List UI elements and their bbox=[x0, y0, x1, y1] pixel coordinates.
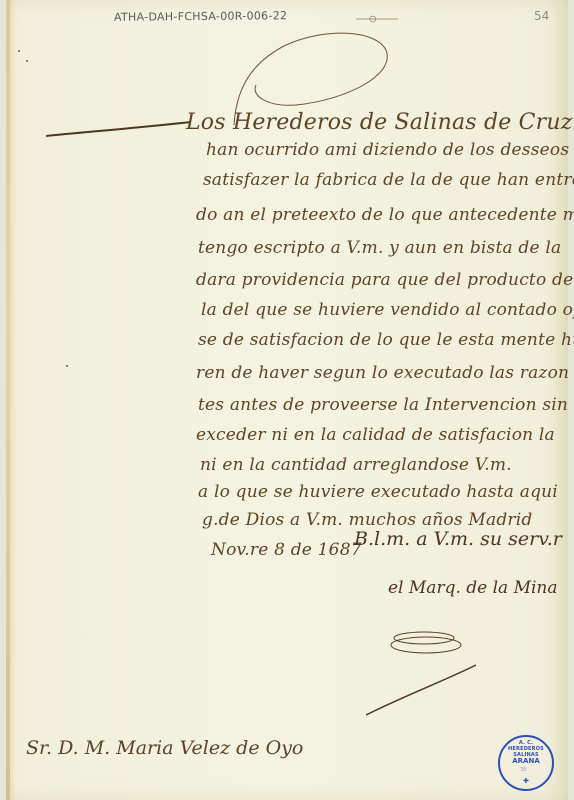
body-line: la del que se huviere vendido al contado… bbox=[201, 300, 574, 320]
paper-speck bbox=[26, 60, 28, 62]
body-line: se de satisfacion de lo que le esta ment… bbox=[198, 330, 574, 350]
paper-speck bbox=[66, 365, 68, 367]
body-line: Los Herederos de Salinas de Cruzillera bbox=[186, 110, 574, 135]
stamp-ring-text: A. C. HEREDEROS SALINAS bbox=[505, 740, 547, 758]
body-line: dara providencia para que del producto d… bbox=[196, 270, 573, 290]
body-line: a lo que se huviere executado hasta aqui bbox=[198, 482, 558, 502]
signature-name: el Marq. de la Mina bbox=[388, 578, 558, 598]
opening-stroke-icon bbox=[46, 110, 196, 140]
folio-number: 54 bbox=[534, 9, 549, 23]
body-line: tengo escripto a V.m. y aun en bista de … bbox=[198, 238, 561, 258]
date-line: Nov.re 8 de 1687 bbox=[211, 540, 362, 560]
body-line: tes antes de proveerse la Intervencion s… bbox=[198, 395, 568, 415]
body-line: exceder ni en la calidad de satisfacion … bbox=[196, 425, 555, 445]
cross-icon: ✚ bbox=[523, 777, 529, 785]
body-line: satisfazer la fabrica de la de que han e… bbox=[203, 170, 574, 190]
stamp-number: 38 bbox=[520, 767, 526, 773]
rubric-flourish-icon bbox=[366, 610, 486, 720]
pencil-mark-icon bbox=[352, 14, 402, 24]
body-line: do an el preteexto de lo que antecedente… bbox=[196, 205, 574, 225]
paper-speck bbox=[18, 50, 20, 52]
body-line: ren de haver segun lo executado las razo… bbox=[196, 363, 569, 383]
closing-line: g.de Dios a V.m. muchos años Madrid bbox=[202, 510, 532, 530]
addressee-line: Sr. D. M. Maria Velez de Oyo bbox=[26, 737, 303, 759]
body-line: han ocurrido ami diziendo de los desseos… bbox=[206, 140, 574, 160]
archive-stamp: A. C. HEREDEROS SALINAS ARANA 38 ✚ bbox=[498, 735, 554, 791]
stamp-center-text: ARANA bbox=[500, 757, 552, 765]
manuscript-page: ATHA-DAH-FCHSA-00R-006-22 54 Los Hereder… bbox=[6, 0, 568, 800]
signature-salutation: B.l.m. a V.m. su serv.r bbox=[354, 528, 562, 550]
body-line: ni en la cantidad arreglandose V.m. bbox=[200, 455, 512, 475]
archive-reference-code: ATHA-DAH-FCHSA-00R-006-22 bbox=[114, 9, 287, 24]
